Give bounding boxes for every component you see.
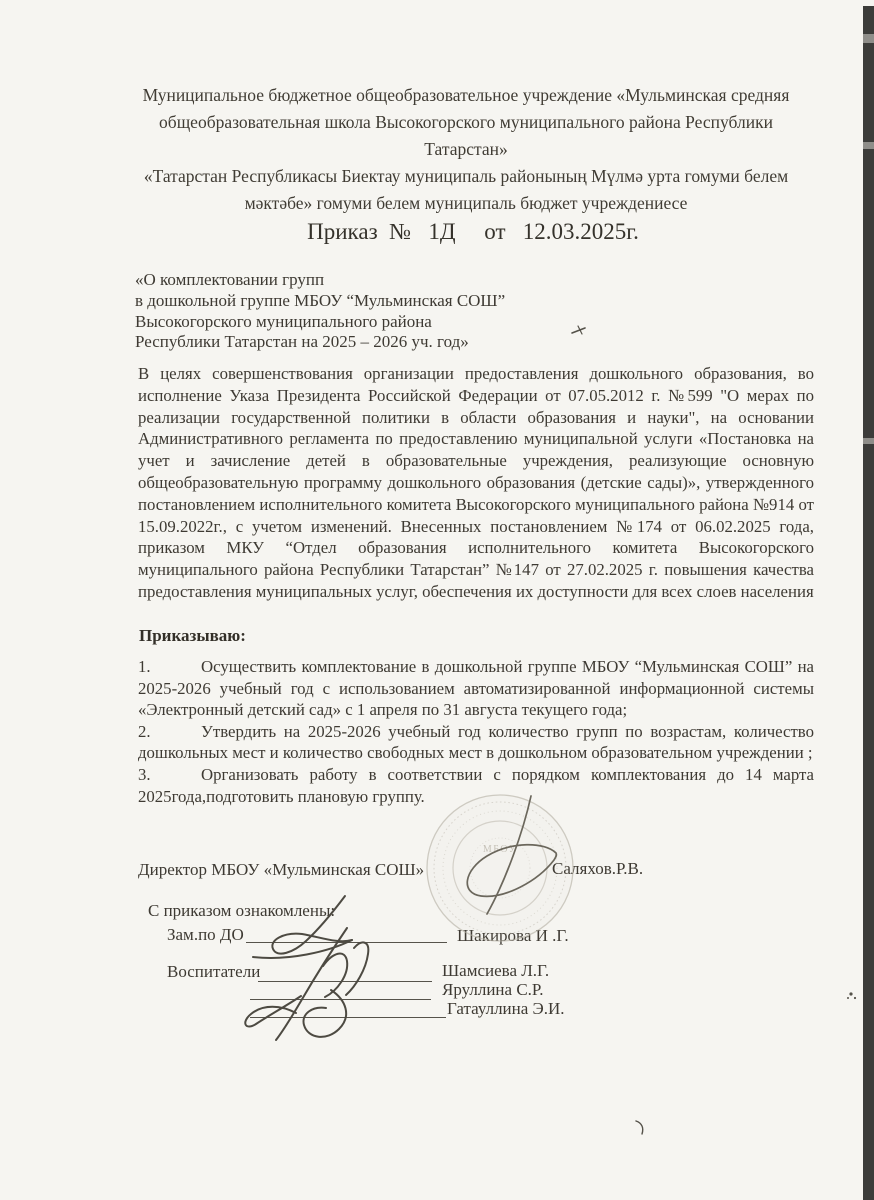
order-subject-line: Высокогорского муниципального района [135, 312, 735, 333]
signature-line [258, 980, 432, 982]
order-item-number: 1. [138, 656, 201, 678]
scan-edge-notch [863, 34, 874, 43]
stamp-center-text: МБОУ [483, 844, 517, 855]
scan-edge-notch [863, 438, 874, 444]
order-item: 3.Организовать работу в соответствии с п… [138, 764, 814, 807]
order-items: 1.Осуществить комплектование в дошкольно… [138, 656, 814, 807]
order-item-number: 3. [138, 764, 201, 786]
order-item-text: Организовать работу в соответствии с пор… [138, 765, 814, 806]
order-item: 1.Осуществить комплектование в дошкольно… [138, 656, 814, 721]
directive-heading: Приказываю: [139, 626, 246, 646]
order-title: Приказ № 1Д от 12.03.2025г. [135, 218, 811, 246]
order-item-text: Осуществить комплектование в дошкольной … [138, 657, 814, 719]
signature-line [246, 941, 447, 943]
deputy-name: Шакирова И .Г. [457, 927, 569, 944]
org-name-line: общеобразовательная школа Высокогорского… [130, 109, 802, 136]
order-preamble: В целях совершенствования организации пр… [138, 363, 814, 603]
order-subject: «О комплектовании групп в дошкольной гру… [135, 270, 735, 353]
order-item-text: Утвердить на 2025-2026 учебный год колич… [138, 722, 814, 763]
scan-edge-shadow [863, 6, 874, 1200]
org-name-line: «Татарстан Республикасы Биектау муниципа… [130, 163, 802, 190]
educators-label: Воспитатели [167, 963, 260, 980]
acknowledgment-heading: С приказом ознакомлены: [148, 902, 335, 919]
org-name-line: Татарстан» [130, 136, 802, 163]
signature-line [250, 1016, 446, 1018]
educator-name: Гатауллина Э.И. [447, 1000, 565, 1017]
scan-edge-notch [863, 142, 874, 149]
document-page: Муниципальное бюджетное общеобразователь… [0, 0, 874, 1200]
order-subject-line: в дошкольной группе МБОУ “Мульминская СО… [135, 291, 735, 312]
org-name-line: Муниципальное бюджетное общеобразователь… [130, 82, 802, 109]
org-name-line: мәктәбе» гомуми белем муниципаль бюджет … [130, 190, 802, 217]
order-item: 2.Утвердить на 2025-2026 учебный год кол… [138, 721, 814, 764]
educators-signatures [245, 928, 368, 1040]
order-subject-line: «О комплектовании групп [135, 270, 735, 291]
deputy-label: Зам.по ДО [167, 926, 244, 943]
order-subject-line: Республики Татарстан на 2025 – 2026 уч. … [135, 332, 735, 353]
director-title: Директор МБОУ «Мульминская СОШ» [138, 861, 424, 878]
educator-name: Шамсиева Л.Г. [442, 962, 549, 979]
director-name: Саляхов.Р.В. [552, 860, 643, 877]
director-signature [467, 796, 556, 914]
org-header: Муниципальное бюджетное общеобразователь… [130, 82, 802, 217]
signature-line [250, 998, 431, 1000]
order-item-number: 2. [138, 721, 201, 743]
educator-name: Яруллина С.Р. [442, 981, 544, 998]
